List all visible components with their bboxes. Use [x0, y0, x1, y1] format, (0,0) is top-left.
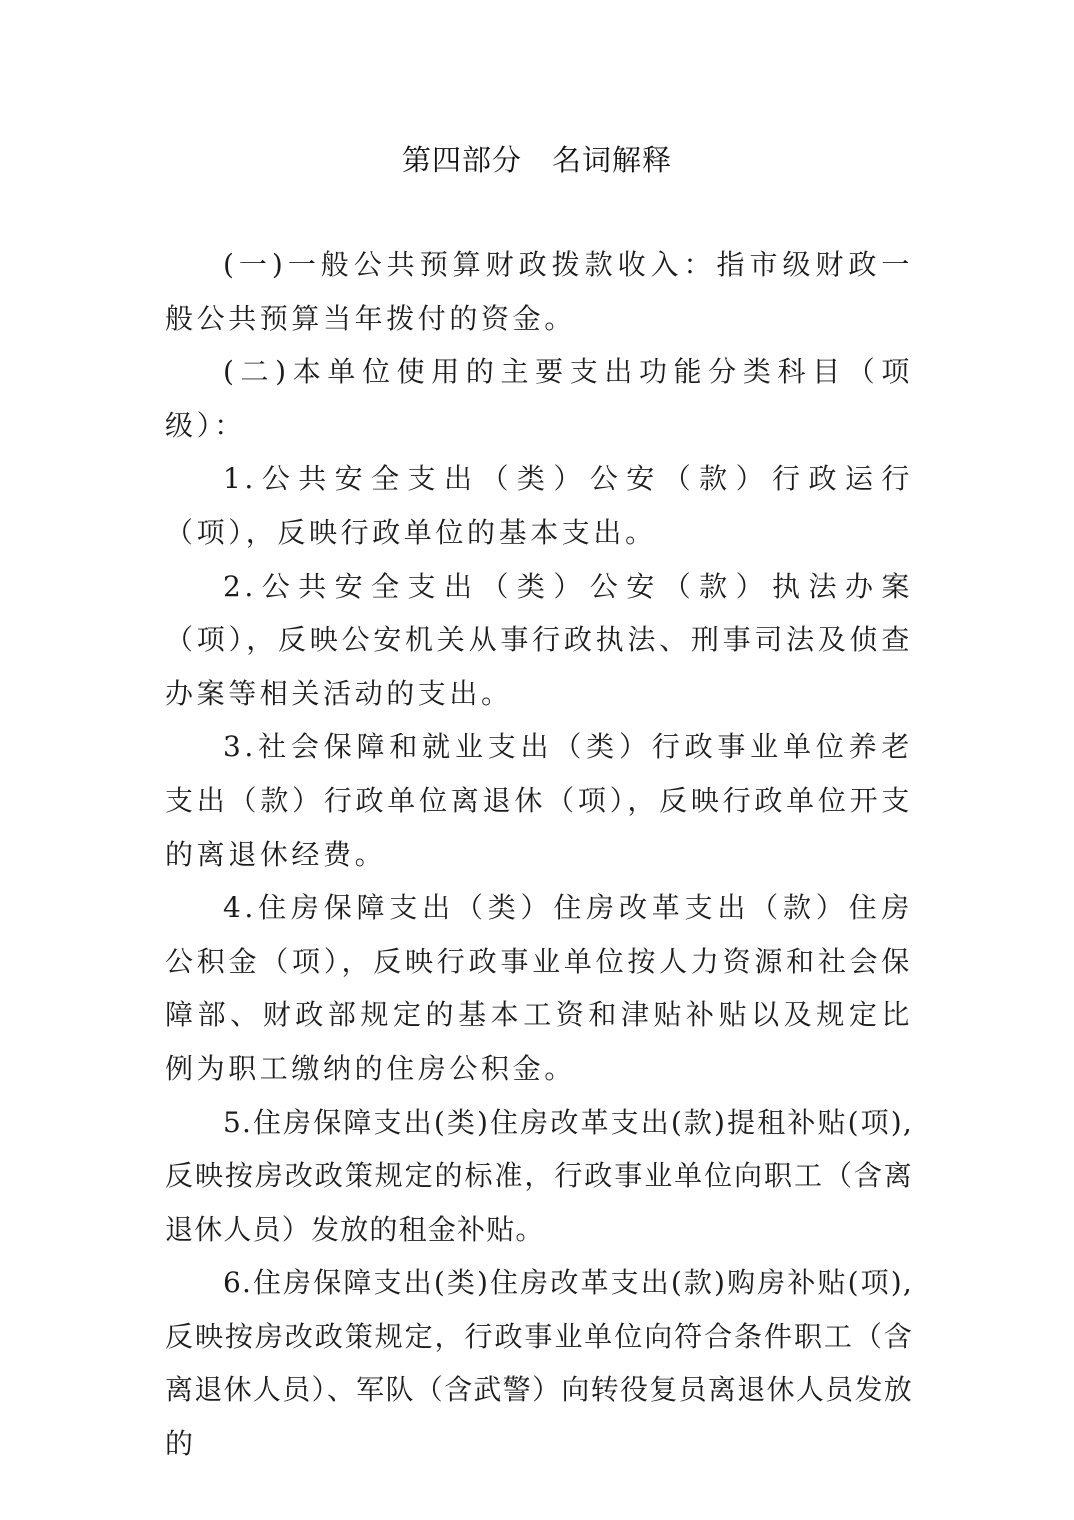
- section-title: 第四部分 名词解释: [0, 140, 1074, 180]
- paragraph-item-6: 6.住房保障支出(类)住房改革支出(款)购房补贴(项),反映按房改政策规定，行政…: [165, 1256, 913, 1470]
- paragraph-item-3: 3.社会保障和就业支出（类）行政事业单位养老支出（款）行政单位离退休（项），反映…: [165, 720, 913, 881]
- paragraph-item-4: 4.住房保障支出（类）住房改革支出（款）住房公积金（项），反映行政事业单位按人力…: [165, 881, 913, 1095]
- paragraph-item-1: 1.公共安全支出（类）公安（款）行政运行（项），反映行政单位的基本支出。: [165, 452, 913, 559]
- document-body: (一)一般公共预算财政拨款收入：指市级财政一般公共预算当年拨付的资金。 (二)本…: [165, 238, 913, 1471]
- paragraph-item-2: 2.公共安全支出（类）公安（款）执法办案（项），反映公安机关从事行政执法、刑事司…: [165, 560, 913, 721]
- paragraph-general-budget-income: (一)一般公共预算财政拨款收入：指市级财政一般公共预算当年拨付的资金。: [165, 238, 913, 345]
- paragraph-expenditure-categories-heading: (二)本单位使用的主要支出功能分类科目（项级）：: [165, 345, 913, 452]
- document-page: 第四部分 名词解释 (一)一般公共预算财政拨款收入：指市级财政一般公共预算当年拨…: [0, 0, 1074, 1520]
- paragraph-item-5: 5.住房保障支出(类)住房改革支出(款)提租补贴(项),反映按房改政策规定的标准…: [165, 1096, 913, 1257]
